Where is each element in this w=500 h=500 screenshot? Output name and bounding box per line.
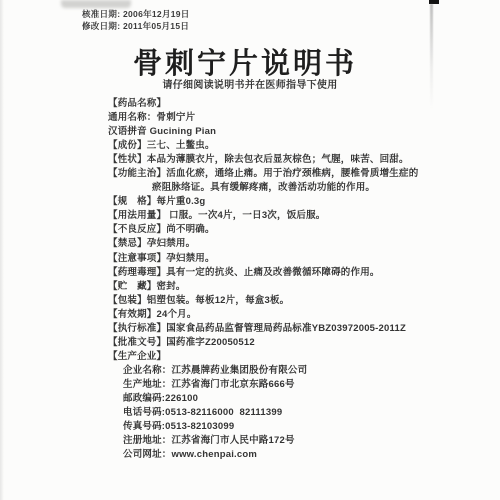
document-line: 瘀阻脉络证。具有缓解疼痛，改善活动功能的作用。 xyxy=(108,181,478,195)
document-line: 传真号码:0513-82103099 xyxy=(108,420,478,434)
document-line: 【规 格】每片重0.3g xyxy=(108,195,478,209)
document-line: 【成份】三七、土鳖虫。 xyxy=(108,139,478,153)
scan-smudge-mark xyxy=(61,0,131,8)
scanned-leaflet-page: 核准日期: 2006年12月19日 修改日期: 2011年05月15日 骨刺宁片… xyxy=(0,0,500,500)
document-line: 邮政编码:226100 xyxy=(108,392,478,406)
document-line: 企业名称：江苏晨牌药业集团股份有限公司 xyxy=(108,364,478,378)
document-line: 【有效期】24个月。 xyxy=(108,308,478,322)
document-line: 【包装】铝塑包装。每板12片，每盒3板。 xyxy=(108,294,478,308)
document-line: 注册地址：江苏省海门市人民中路172号 xyxy=(108,434,478,448)
document-line: 通用名称：骨刺宁片 xyxy=(108,111,478,125)
document-line: 【用法用量】 口服。一次4片，一日3次，饭后服。 xyxy=(108,209,478,223)
document-line: 【贮 藏】密封。 xyxy=(108,280,478,294)
date-block: 核准日期: 2006年12月19日 修改日期: 2011年05月15日 xyxy=(82,9,190,32)
scan-fold-line xyxy=(430,4,433,109)
scan-edge-shadow xyxy=(0,0,4,500)
document-line: 【性状】本品为薄膜衣片，除去包衣后显灰棕色；气腥，味苦、回甜。 xyxy=(108,153,478,167)
document-line: 【禁忌】孕妇禁用。 xyxy=(108,237,478,251)
document-line: 电话号码:0513-82116000 82111399 xyxy=(108,406,478,420)
document-line: 【生产企业】 xyxy=(108,350,478,364)
document-line: 【功能主治】活血化瘀，通络止痛。用于治疗颈椎病，腰椎骨质增生症的 xyxy=(108,167,478,181)
document-line: 【执行标准】国家食品药品监督管理局药品标准YBZ03972005-2011Z xyxy=(108,322,478,336)
document-lines: 【药品名称】通用名称：骨刺宁片汉语拼音 Gucining Pian【成份】三七、… xyxy=(108,97,478,462)
document-line: 【批准文号】国药准字Z20050512 xyxy=(108,336,478,350)
document-line: 汉语拼音 Gucining Pian xyxy=(108,125,478,139)
document-line: 【注意事项】孕妇禁用。 xyxy=(108,252,478,266)
document-line: 【药品名称】 xyxy=(108,97,478,111)
document-line: 【不良反应】尚不明确。 xyxy=(108,223,478,237)
document-line: 生产地址：江苏省海门市北京东路666号 xyxy=(108,378,478,392)
document-line: 【药理毒理】具有一定的抗炎、止痛及改善微循环障碍的作用。 xyxy=(108,266,478,280)
revision-date: 修改日期: 2011年05月15日 xyxy=(82,21,190,33)
approval-date: 核准日期: 2006年12月19日 xyxy=(82,9,190,21)
document-line: 公司网址：www.chenpai.com xyxy=(108,448,478,462)
page-subtitle: 请仔细阅读说明书并在医师指导下使用 xyxy=(60,76,440,91)
